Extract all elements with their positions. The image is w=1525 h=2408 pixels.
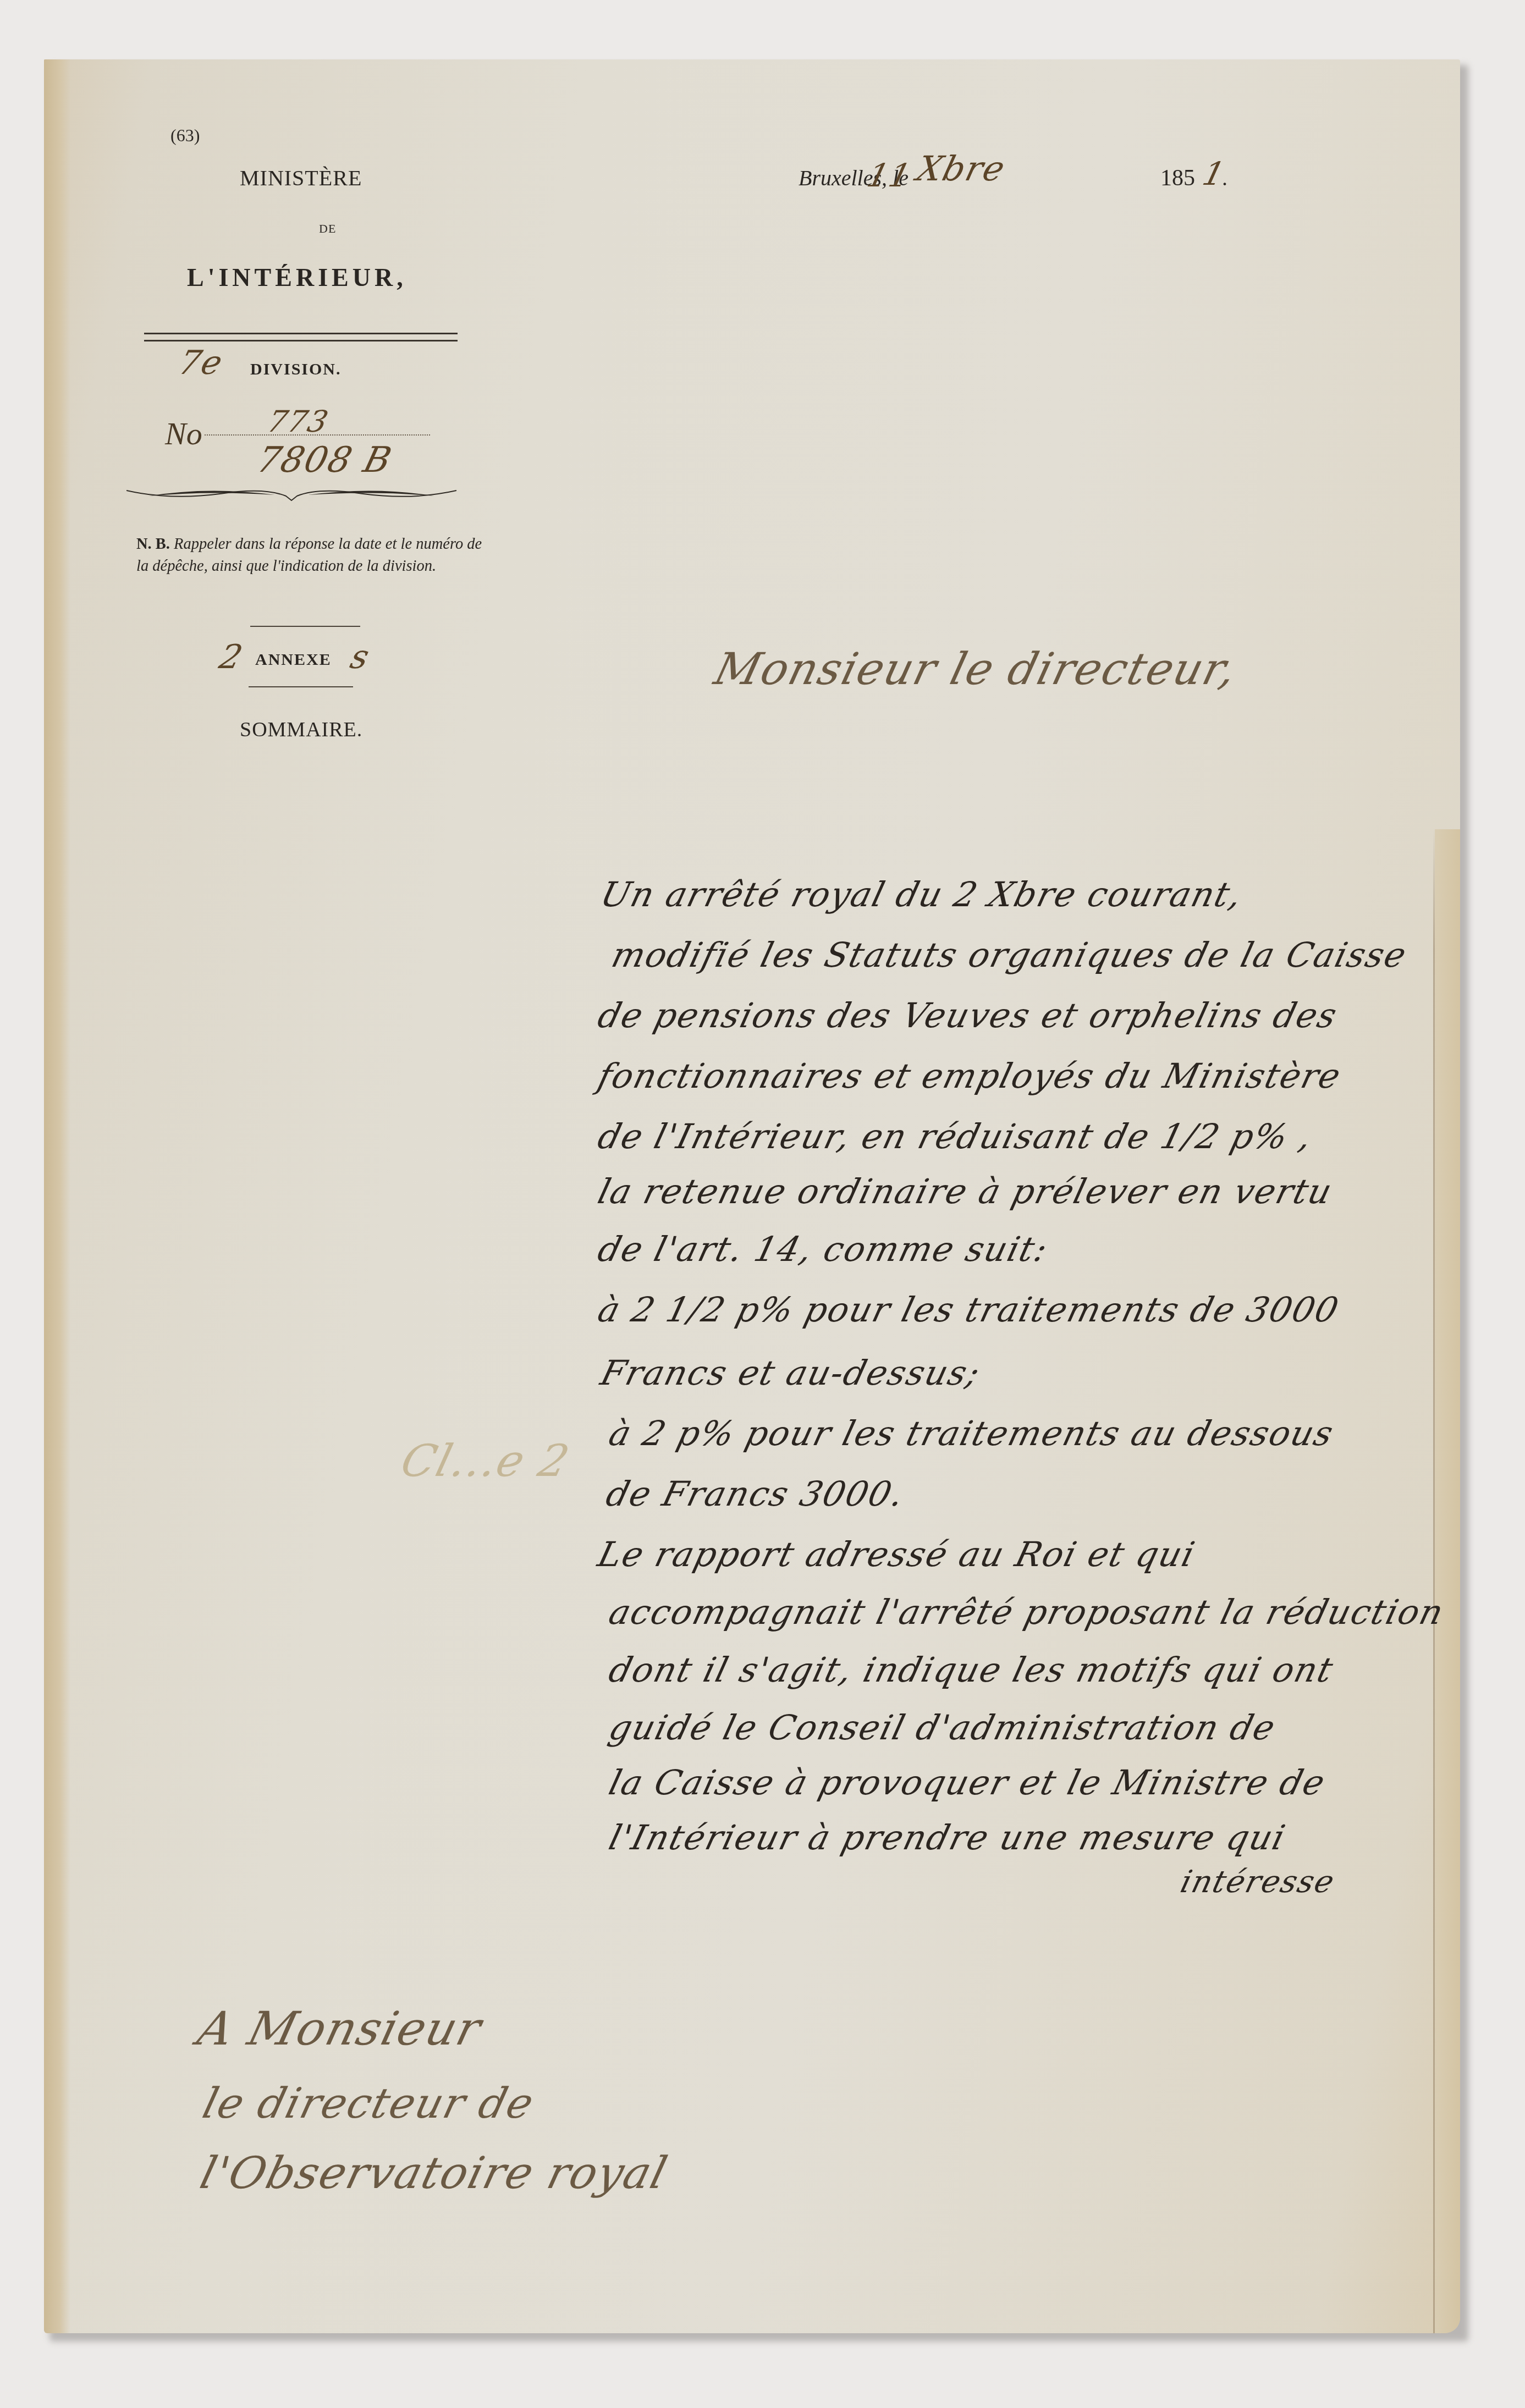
- body-line: Un arrêté royal du 2 Xbre courant,: [597, 874, 1247, 914]
- letterhead-ministere: MINISTÈRE: [240, 165, 362, 191]
- nota-bene-mark: N. B.: [136, 536, 170, 553]
- addressee-line: A Monsieur: [192, 2002, 487, 2056]
- letterhead-interieur: L'INTÉRIEUR,: [187, 263, 407, 292]
- body-line: Le rapport adressé au Roi et qui: [594, 1534, 1199, 1574]
- body-line: l'Intérieur à prendre une mesure qui: [605, 1817, 1290, 1858]
- body-line: Francs et au-dessus;: [597, 1353, 985, 1393]
- letterhead-double-rule: [144, 333, 458, 341]
- body-line: accompagnait l'arrêté proposant la réduc…: [605, 1592, 1449, 1632]
- summary-label: SOMMAIRE.: [240, 718, 362, 742]
- body-line: de l'art. 14, comme suit:: [594, 1229, 1053, 1269]
- body-line: dont il s'agit, indique les motifs qui o…: [605, 1650, 1338, 1690]
- salutation: Monsieur le directeur,: [709, 643, 1242, 695]
- body-line: guidé le Conseil d'administration de: [605, 1707, 1280, 1748]
- marginal-ink-stain: Cl...e 2: [396, 1435, 575, 1486]
- body-line: de pensions des Veuves et orphelins des: [594, 995, 1342, 1035]
- body-line: de l'Intérieur, en réduisant de 1/2 p% ,: [594, 1116, 1317, 1156]
- annexe-label: ANNEXE: [255, 651, 332, 669]
- nota-bene: N. B. Rappeler dans la réponse la date e…: [136, 533, 488, 577]
- ornamental-divider: [126, 484, 456, 506]
- annexe-rule-top: [250, 626, 360, 627]
- dateline-year-printed: 185: [1160, 165, 1195, 191]
- fold-line: [1433, 829, 1435, 2333]
- dateline-month: Xbre: [913, 148, 1010, 189]
- body-line: fonctionnaires et employés du Ministère: [594, 1056, 1346, 1096]
- body-line: de Francs 3000.: [602, 1474, 909, 1514]
- dateline-end: .: [1222, 165, 1227, 191]
- binding-edge: [44, 59, 70, 2333]
- addressee-line: l'Observatoire royal: [195, 2147, 673, 2198]
- reference-number-top: 773: [264, 404, 333, 439]
- body-line: la retenue ordinaire à prélever en vertu: [594, 1171, 1337, 1211]
- body-line: la Caisse à provoquer et le Ministre de: [605, 1762, 1330, 1803]
- body-line: à 2 1/2 p% pour les traitements de 3000: [594, 1290, 1344, 1330]
- division-label: DIVISION.: [250, 360, 342, 379]
- body-line: modifié les Statuts organiques de la Cai…: [608, 935, 1411, 975]
- reference-number-bottom: 7808 B: [253, 440, 397, 481]
- addressee-line: le directeur de: [198, 2079, 539, 2128]
- reference-number-rule: [205, 434, 430, 436]
- reference-number-label: No: [165, 415, 202, 452]
- catchword: intéresse: [1177, 1864, 1339, 1900]
- annexe-rule-bottom: [249, 686, 353, 687]
- letterhead-de: DE: [319, 222, 336, 236]
- folded-flap: [1435, 829, 1460, 2333]
- body-line: à 2 p% pour les traitements au dessous: [605, 1413, 1338, 1453]
- nota-bene-text: Rappeler dans la réponse la date et le n…: [136, 536, 482, 575]
- folio-number: (63): [170, 125, 200, 146]
